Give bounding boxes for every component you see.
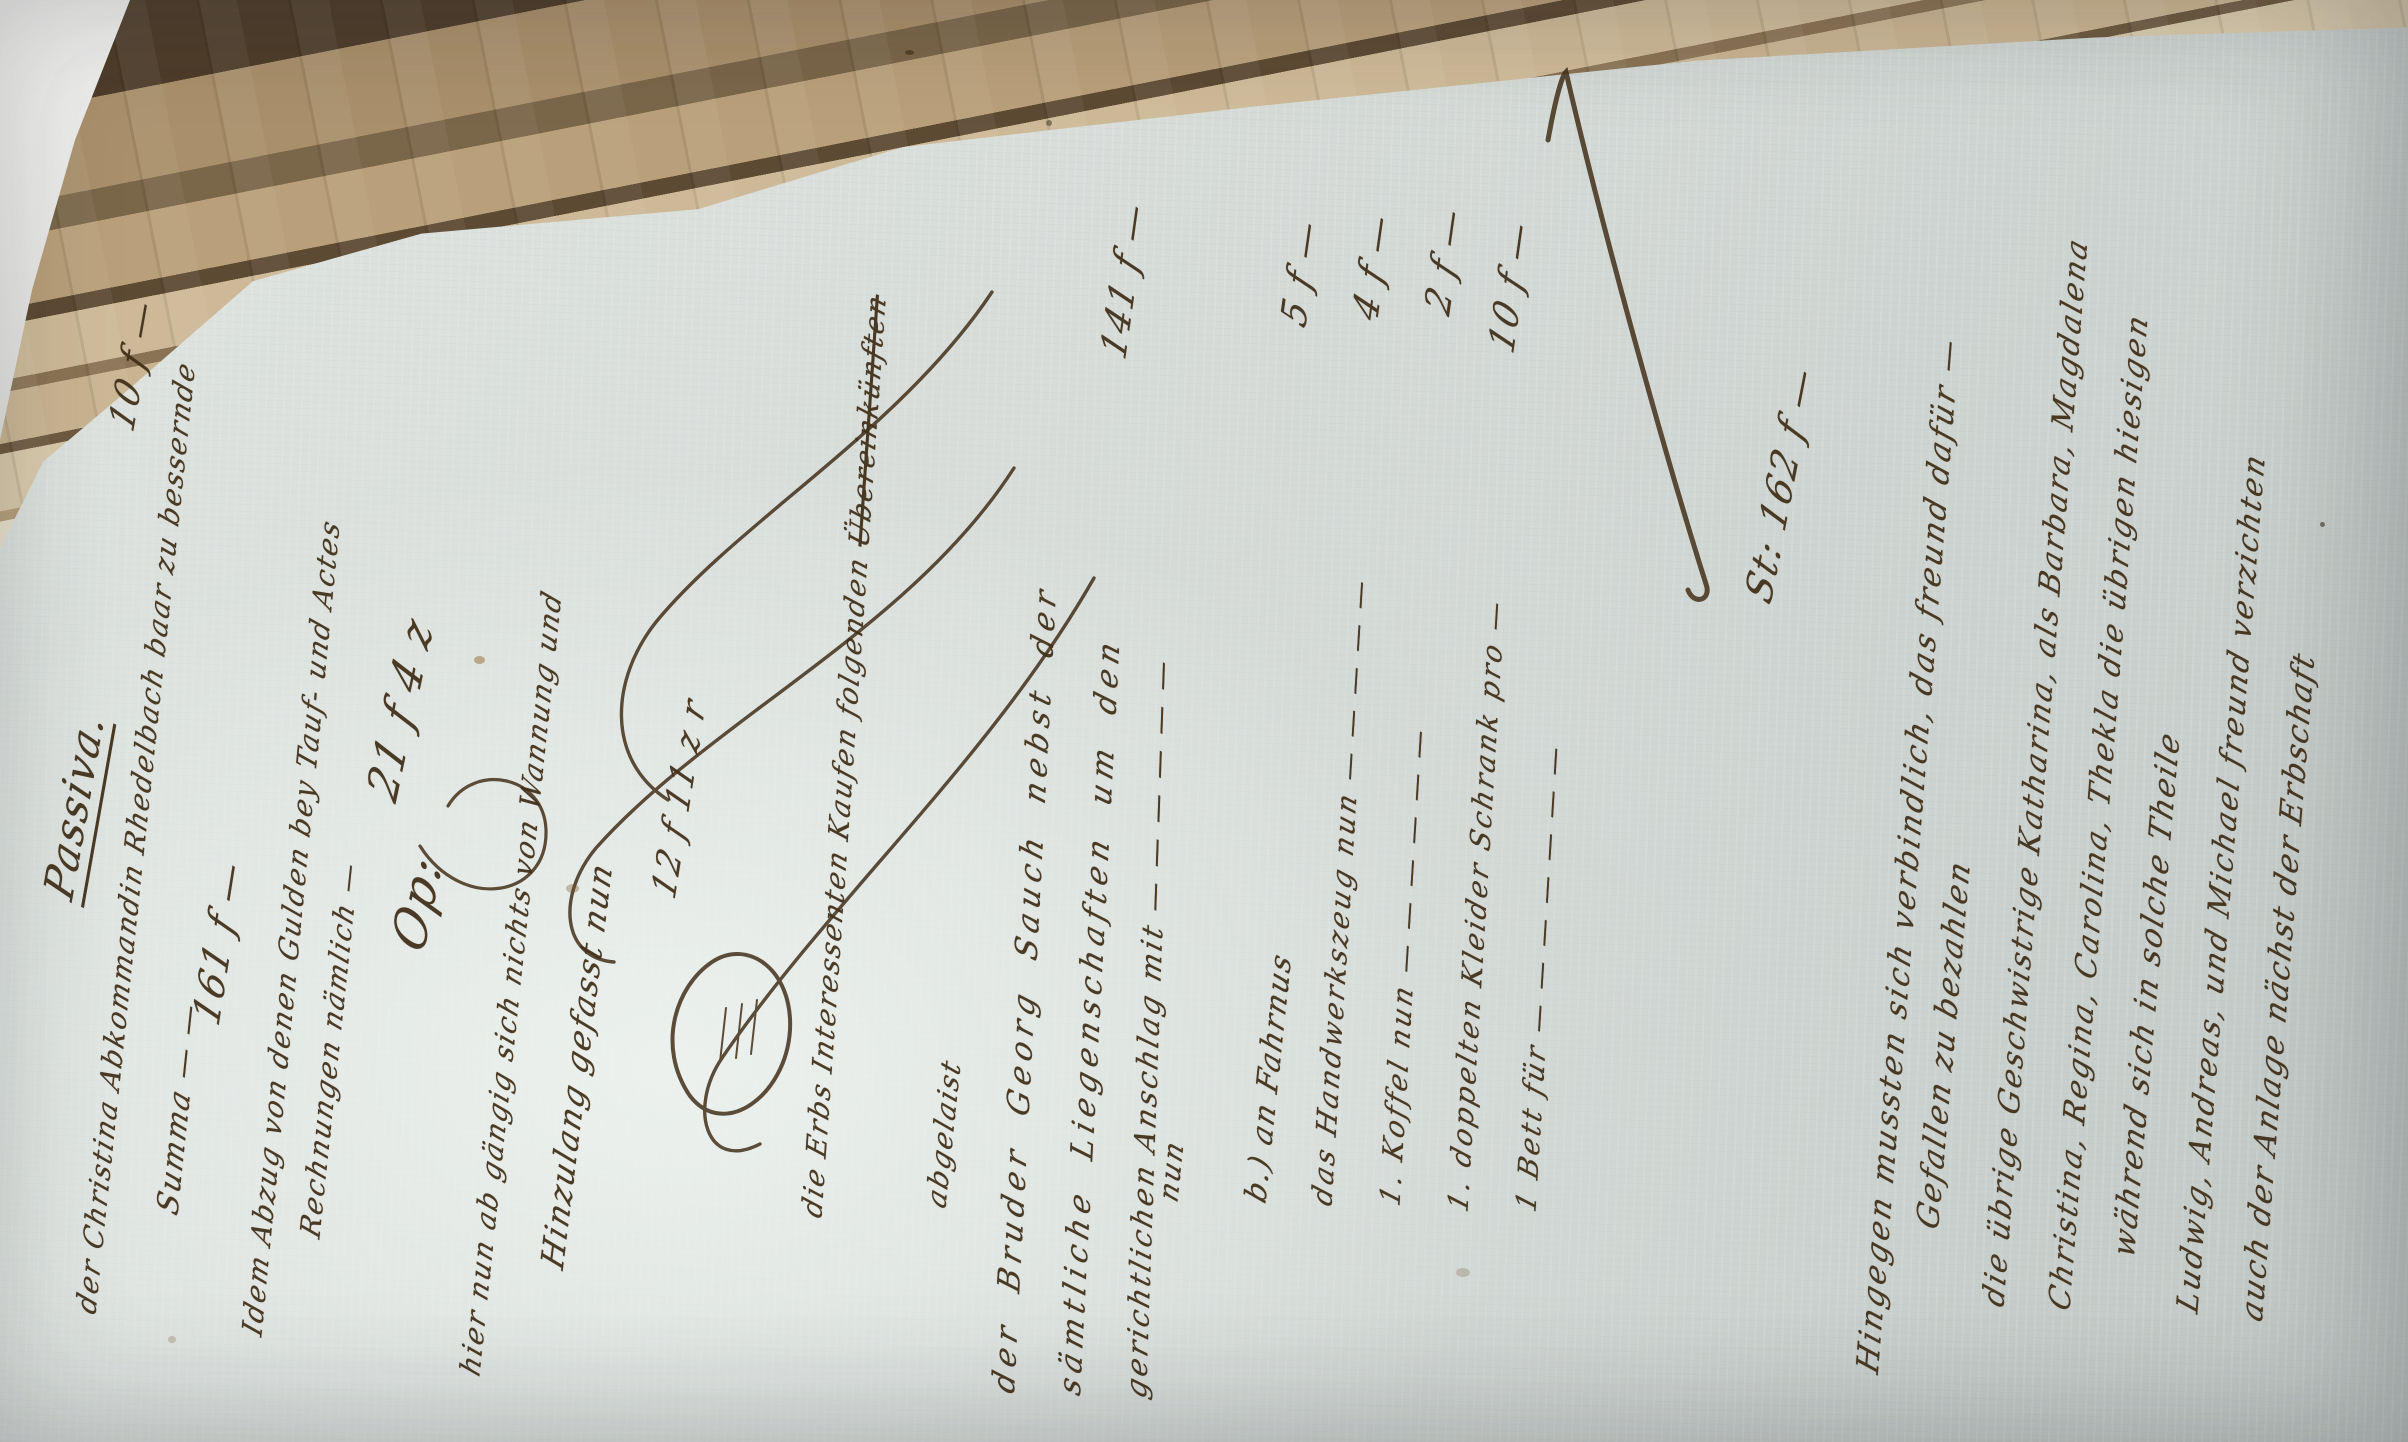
stain — [905, 50, 914, 55]
stain — [1456, 1268, 1470, 1277]
stain — [1046, 120, 1052, 126]
handwritten-line: nun — [1152, 1135, 1190, 1206]
stain — [566, 884, 579, 893]
stain — [168, 1336, 176, 1343]
photo-of-manuscript-book: Passiva. der Christina Abkommandin Rhede… — [0, 0, 2408, 1442]
stain — [474, 656, 485, 664]
stain — [2320, 522, 2325, 527]
